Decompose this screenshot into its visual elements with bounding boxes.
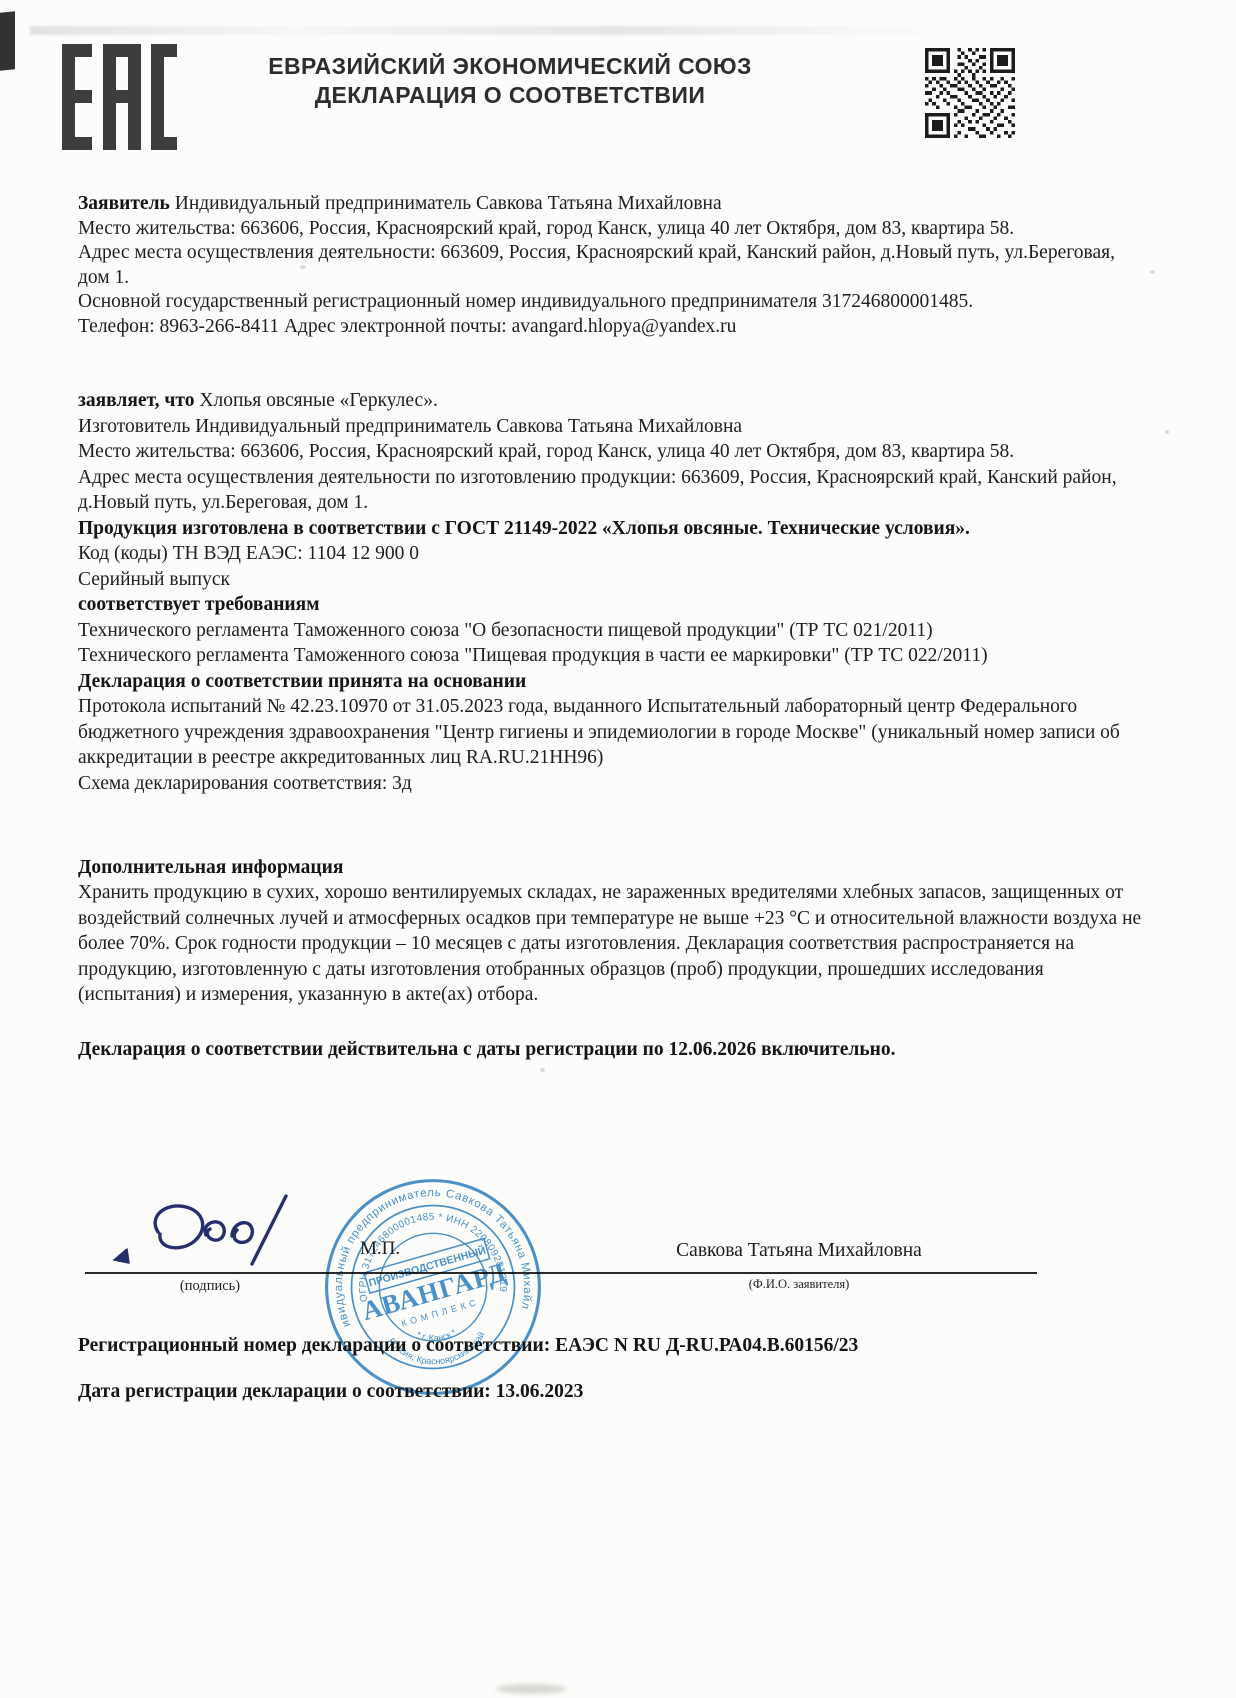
additional-label: Дополнительная информация <box>78 855 1148 880</box>
scan-speck <box>540 1068 545 1072</box>
tnved-line: Код (коды) ТН ВЭД ЕАЭС: 1104 12 900 0 <box>78 541 1148 567</box>
registration-date-line: Дата регистрации декларации о соответств… <box>78 1381 1178 1403</box>
applicant-contacts: Телефон: 8963-266-8411 Адрес электронной… <box>78 315 1148 340</box>
additional-info-section: Дополнительная информация Хранить продук… <box>78 855 1148 1007</box>
basis-scheme: Схема декларирования соответствия: 3д <box>78 771 1148 797</box>
signature-line <box>85 1272 1037 1274</box>
validity-section: Декларация о соответствии действительна … <box>78 1038 1148 1063</box>
title-line-2: ДЕКЛАРАЦИЯ О СООТВЕТСТВИИ <box>240 81 780 110</box>
applicant-line: Заявитель Индивидуальный предприниматель… <box>78 192 1148 217</box>
scan-speck <box>1165 430 1169 434</box>
document-title: ЕВРАЗИЙСКИЙ ЭКОНОМИЧЕСКИЙ СОЮЗ ДЕКЛАРАЦИ… <box>240 52 780 110</box>
manufacturer-residence: Место жительства: 663606, Россия, Красно… <box>78 439 1148 465</box>
title-line-1: ЕВРАЗИЙСКИЙ ЭКОНОМИЧЕСКИЙ СОЮЗ <box>240 52 780 81</box>
additional-text: Хранить продукцию в сухих, хорошо вентил… <box>78 880 1148 1007</box>
applicant-ogrn: Основной государственный регистрационный… <box>78 290 1148 315</box>
basis-protocol: Протокола испытаний № 42.23.10970 от 31.… <box>78 694 1148 771</box>
scan-edge-artifact <box>0 11 15 71</box>
scan-smudge <box>30 26 1090 35</box>
gost-line: Продукция изготовлена в соответствии с Г… <box>78 516 1148 542</box>
eac-logo <box>62 44 177 150</box>
applicant-label: Заявитель <box>78 193 170 214</box>
declares-label: заявляет, что <box>78 390 195 411</box>
compliance-label: соответствует требованиям <box>78 592 1148 618</box>
signature-caption: (подпись) <box>110 1278 310 1295</box>
scan-smudge <box>496 1684 566 1694</box>
applicant-residence: Место жительства: 663606, Россия, Красно… <box>78 217 1148 242</box>
fio-caption: (Ф.И.О. заявителя) <box>560 1277 1038 1292</box>
scan-speck <box>1150 270 1155 274</box>
applicant-activity-address: Адрес места осуществления деятельности: … <box>78 241 1148 290</box>
declaration-section: заявляет, что Хлопья овсяные «Геркулес».… <box>78 388 1148 796</box>
document-page: ЕВРАЗИЙСКИЙ ЭКОНОМИЧЕСКИЙ СОЮЗ ДЕКЛАРАЦИ… <box>0 0 1236 1698</box>
applicant-fio: Савкова Татьяна Михайловна <box>560 1240 1038 1262</box>
declares-line: заявляет, что Хлопья овсяные «Геркулес». <box>78 388 1148 414</box>
validity-line: Декларация о соответствии действительна … <box>78 1038 1148 1063</box>
manufacturer-line: Изготовитель Индивидуальный предпринимат… <box>78 414 1148 440</box>
company-stamp: Индивидуальный предприниматель Савкова Т… <box>318 1172 548 1402</box>
production-address: Адрес места осуществления деятельности п… <box>78 465 1148 516</box>
regulation-1: Технического регламента Таможенного союз… <box>78 618 1148 644</box>
registration-number-line: Регистрационный номер декларации о соотв… <box>78 1335 1178 1357</box>
regulation-2: Технического регламента Таможенного союз… <box>78 643 1020 669</box>
serial-line: Серийный выпуск <box>78 567 1148 593</box>
applicant-section: Заявитель Индивидуальный предприниматель… <box>78 192 1148 340</box>
basis-label: Декларация о соответствии принята на осн… <box>78 669 1148 695</box>
qr-code <box>925 48 1015 138</box>
